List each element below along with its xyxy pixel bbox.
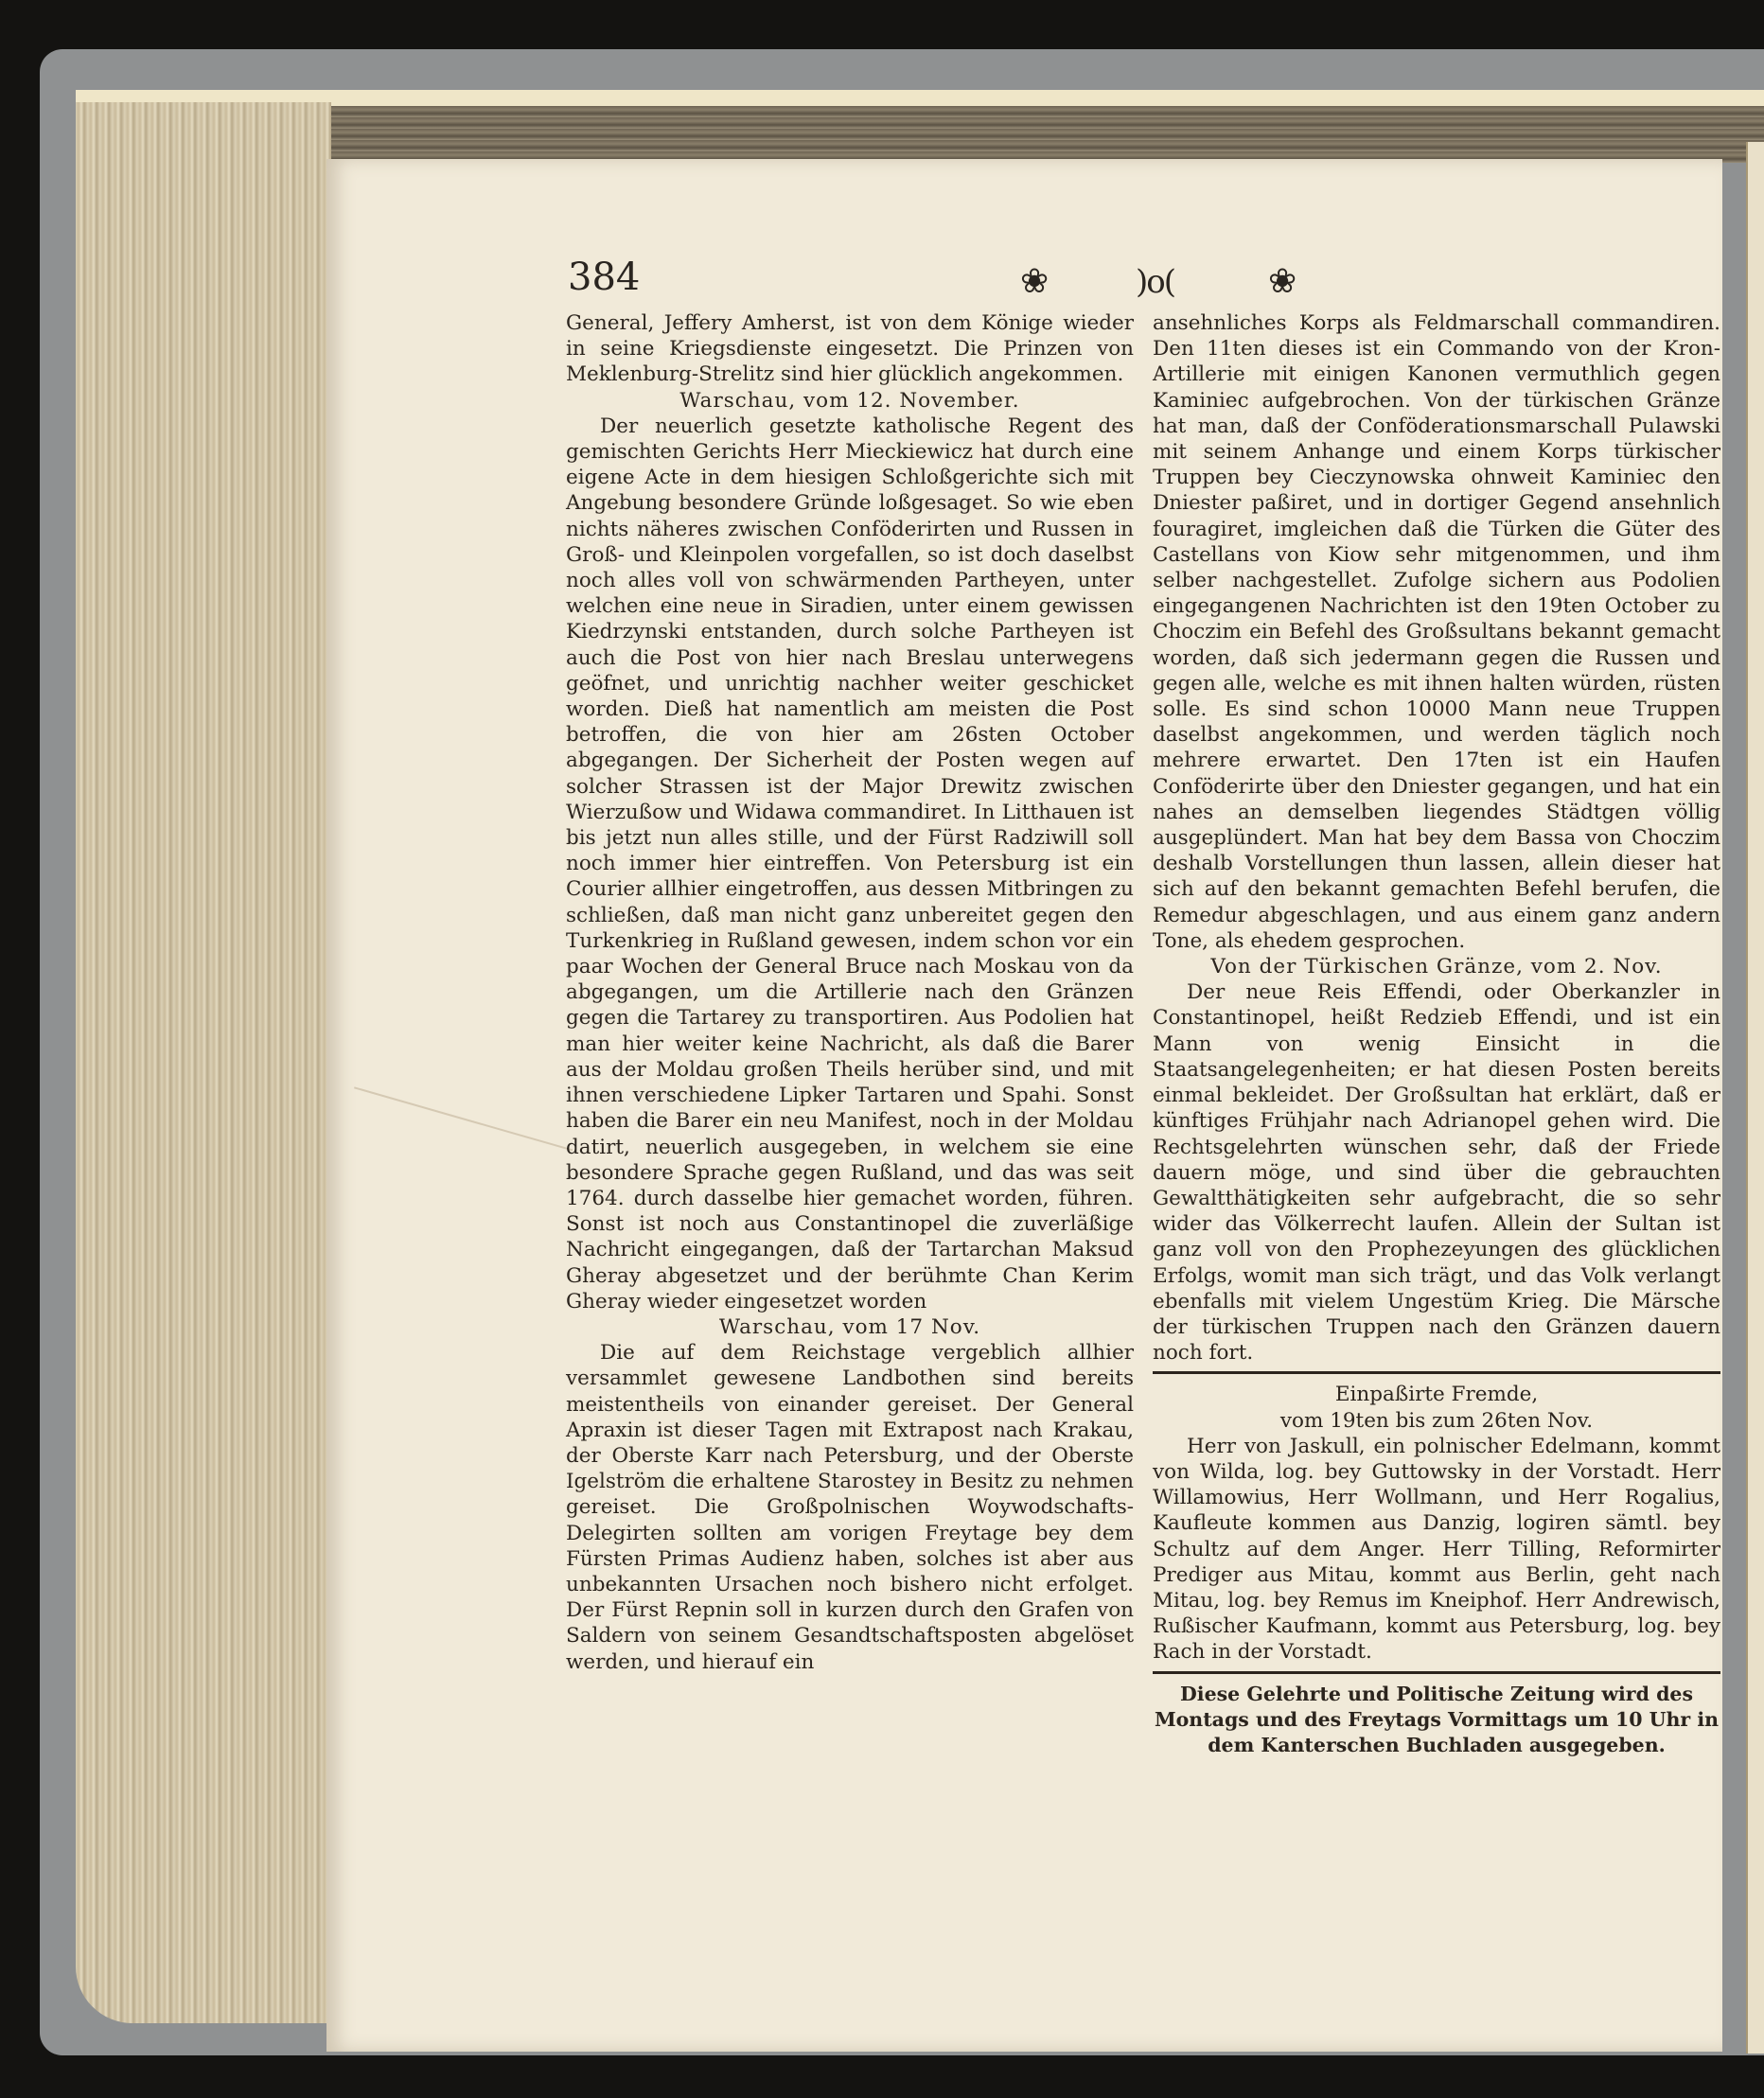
page-stack-side-edge xyxy=(76,102,331,2023)
article-paragraph: Der neue Reis Effendi, oder Oberkanzler … xyxy=(1153,979,1720,1366)
page-stack-top-edge xyxy=(104,106,1764,163)
section-heading: Einpaßirte Fremde, xyxy=(1153,1382,1720,1407)
left-column: General, Jeffery Amherst, ist von dem Kö… xyxy=(566,310,1134,1675)
dateline: Von der Türkischen Gränze, vom 2. Nov. xyxy=(1153,954,1720,979)
section-subheading: vom 19ten bis zum 26ten Nov. xyxy=(1153,1408,1720,1434)
horizontal-rule xyxy=(1153,1371,1720,1374)
shell-ornament-icon: ❀ xyxy=(1020,263,1049,301)
shell-ornament-icon: ❀ xyxy=(1268,263,1297,301)
horizontal-rule xyxy=(1153,1671,1720,1674)
separator-ornament: )o( xyxy=(1136,263,1174,301)
arrivals-paragraph: Herr von Jaskull, ein polnischer Edelman… xyxy=(1153,1434,1720,1666)
page-number: 384 xyxy=(568,256,640,299)
next-page-edge xyxy=(1746,142,1764,2054)
dateline: Warschau, vom 17 Nov. xyxy=(566,1314,1134,1340)
article-paragraph: ansehnliches Korps als Feldmarschall com… xyxy=(1153,310,1720,954)
article-paragraph: Der neuerlich gesetzte katholische Regen… xyxy=(566,414,1134,1314)
page-header: 384 ❀ )o( ❀ xyxy=(568,256,1609,312)
article-paragraph: General, Jeffery Amherst, ist von dem Kö… xyxy=(566,310,1134,388)
article-paragraph: Die auf dem Reichstage vergeblich allhie… xyxy=(566,1340,1134,1675)
dateline: Warschau, vom 12. November. xyxy=(566,388,1134,414)
right-column: ansehnliches Korps als Feldmarschall com… xyxy=(1153,310,1720,1758)
publication-note: Diese Gelehrte und Politische Zeitung wi… xyxy=(1153,1682,1720,1758)
